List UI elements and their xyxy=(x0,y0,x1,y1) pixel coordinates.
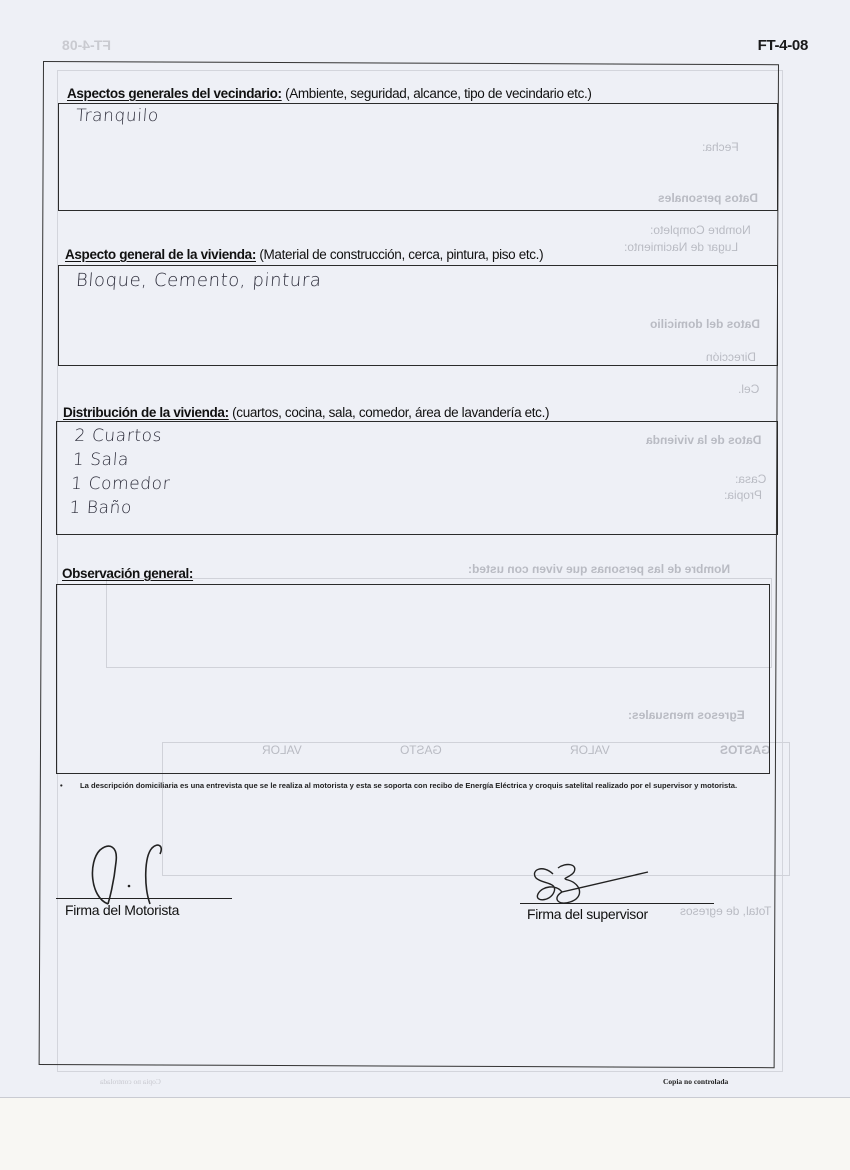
observation-section-title: Observación general: xyxy=(62,566,193,581)
neighborhood-answer: Tranquilo xyxy=(75,106,159,126)
distribution-answer: 2 Cuartos 1 Sala 1 Comedor 1 Baño xyxy=(69,424,175,520)
observation-title: Observación general: xyxy=(62,566,193,581)
neighborhood-section-title: Aspectos generales del vecindario: (Ambi… xyxy=(67,86,592,101)
uncontrolled-copy-label: Copia no controlada xyxy=(663,1077,728,1086)
distribution-title: Distribución de la vivienda: xyxy=(63,405,229,420)
distribution-line: 1 Comedor xyxy=(70,472,171,496)
bullet-icon: • xyxy=(60,781,63,791)
neighborhood-title: Aspectos generales del vecindario: xyxy=(67,86,282,101)
housing-section-title: Aspecto general de la vivienda: (Materia… xyxy=(65,247,543,262)
distribution-line: 1 Baño xyxy=(69,496,170,520)
motorist-signature-label: Firma del Motorista xyxy=(65,902,179,918)
supervisor-signature-line xyxy=(520,903,714,904)
distribution-line: 2 Cuartos xyxy=(74,424,175,448)
supervisor-signature-label: Firma del supervisor xyxy=(527,906,648,922)
bleed-through-footer: Copia no controlada xyxy=(100,1077,161,1086)
housing-answer: Bloque, Cemento, pintura xyxy=(75,270,322,291)
disclaimer-text: La descripción domiciliaria es una entre… xyxy=(80,781,737,790)
distribution-line: 1 Sala xyxy=(72,448,173,472)
disclaimer-note: • La descripción domiciliaria es una ent… xyxy=(60,781,780,791)
bleed-through-form-code: FT-4-08 xyxy=(62,37,111,53)
scanner-bed xyxy=(0,1098,850,1170)
motorist-signature-line xyxy=(56,898,232,899)
housing-hint: (Material de construcción, cerca, pintur… xyxy=(259,247,543,262)
housing-title: Aspecto general de la vivienda: xyxy=(65,247,256,262)
supervisor-signature xyxy=(528,862,658,912)
observation-answer-box[interactable] xyxy=(56,584,770,774)
distribution-section-title: Distribución de la vivienda: (cuartos, c… xyxy=(63,405,549,420)
distribution-hint: (cuartos, cocina, sala, comedor, área de… xyxy=(232,405,549,420)
neighborhood-hint: (Ambiente, seguridad, alcance, tipo de v… xyxy=(285,86,591,101)
neighborhood-answer-box[interactable] xyxy=(58,103,778,211)
form-code: FT-4-08 xyxy=(758,37,808,54)
